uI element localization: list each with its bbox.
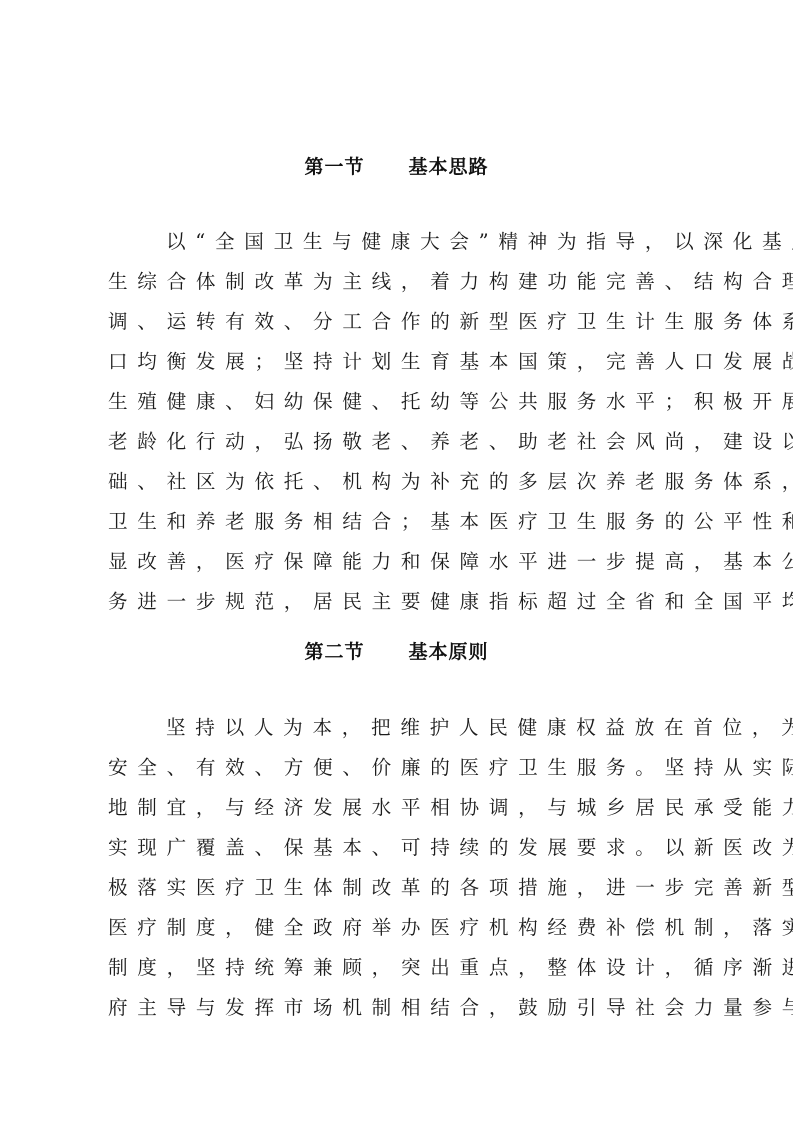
paragraph-line: 务进一步规范，居民主要健康指标超过全省和全国平均水平。	[108, 582, 696, 622]
paragraph-line: 地制宜，与经济发展水平相协调，与城乡居民承受能力相适应，	[108, 788, 696, 828]
paragraph-line: 卫生和养老服务相结合；基本医疗卫生服务的公平性和可及性明	[108, 502, 696, 542]
section-number: 第二节	[304, 640, 364, 664]
section-title: 基本思路	[409, 155, 489, 179]
paragraph-line: 坚持以人为本，把维护人民健康权益放在首位，为群众提供	[108, 708, 696, 748]
section-title: 基本原则	[409, 640, 489, 664]
paragraph-line: 以“全国卫生与健康大会”精神为指导，以深化基层医药卫	[108, 222, 696, 262]
section-2-paragraph: 坚持以人为本，把维护人民健康权益放在首位，为群众提供 安全、有效、方便、价廉的医…	[108, 708, 696, 1028]
paragraph-line: 医疗制度，健全政府举办医疗机构经费补偿机制，落实基本药物	[108, 908, 696, 948]
paragraph-line: 老龄化行动，弘扬敬老、养老、助老社会风尚，建设以居家为基	[108, 422, 696, 462]
section-number: 第一节	[304, 155, 364, 179]
paragraph-line: 显改善，医疗保障能力和保障水平进一步提高，基本公共卫生服	[108, 542, 696, 582]
paragraph-line: 础、社区为依托、机构为补充的多层次养老服务体系，推动医疗	[108, 462, 696, 502]
paragraph-line: 实现广覆盖、保基本、可持续的发展要求。以新医改为主线，积	[108, 828, 696, 868]
paragraph-line: 府主导与发挥市场机制相结合，鼓励引导社会力量参与改革，促	[108, 988, 696, 1028]
paragraph-line: 生综合体制改革为主线，着力构建功能完善、结构合理、区域协	[108, 262, 696, 302]
paragraph-line: 口均衡发展；坚持计划生育基本国策，完善人口发展战略，提高	[108, 342, 696, 382]
paragraph-line: 调、运转有效、分工合作的新型医疗卫生计生服务体系，促进人	[108, 302, 696, 342]
section-heading-1: 第一节基本思路	[0, 155, 793, 179]
paragraph-line: 制度，坚持统筹兼顾，突出重点，整体设计，循序渐进。坚持政	[108, 948, 696, 988]
paragraph-line: 极落实医疗卫生体制改革的各项措施，进一步完善新型农村合作	[108, 868, 696, 908]
paragraph-line: 生殖健康、妇幼保健、托幼等公共服务水平；积极开展应对人口	[108, 382, 696, 422]
document-page: 第一节基本思路 以“全国卫生与健康大会”精神为指导，以深化基层医药卫 生综合体制…	[0, 0, 793, 1122]
section-1-paragraph: 以“全国卫生与健康大会”精神为指导，以深化基层医药卫 生综合体制改革为主线，着力…	[108, 222, 696, 622]
section-heading-2: 第二节基本原则	[0, 640, 793, 664]
paragraph-line: 安全、有效、方便、价廉的医疗卫生服务。坚持从实际出发，因	[108, 748, 696, 788]
